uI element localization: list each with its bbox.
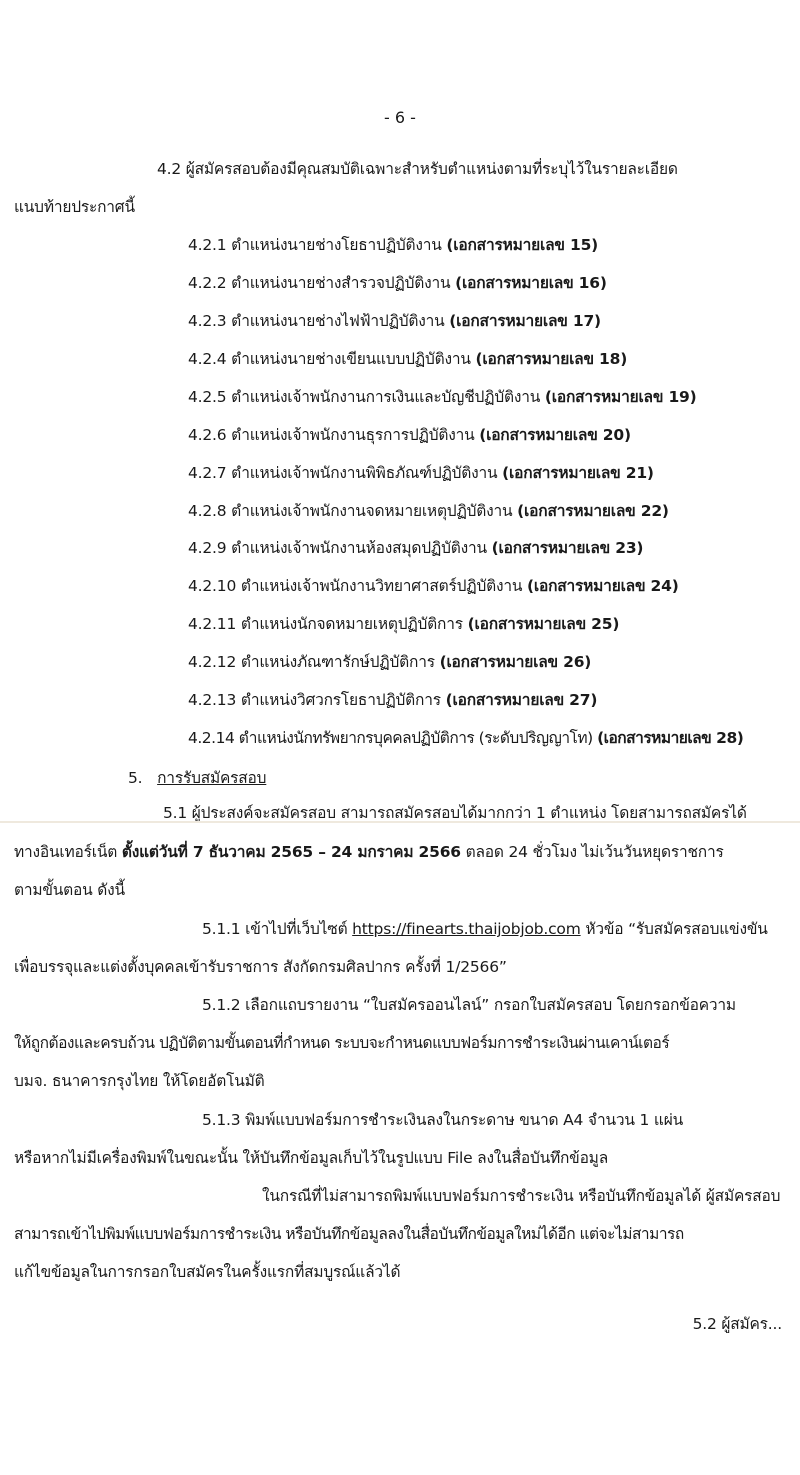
document-page: - 6 - 4.2 ผู้สมัครสอบต้องมีคุณสมบัติเฉพา… bbox=[0, 0, 800, 1475]
list-item: 4.2.7 ตำแหน่งเจ้าพนักงานพิพิธภัณฑ์ปฏิบัต… bbox=[188, 462, 654, 484]
list-item: 4.2.10 ตำแหน่งเจ้าพนักงานวิทยาศาสตร์ปฏิบ… bbox=[188, 575, 679, 597]
document-reference: (เอกสารหมายเลข 20) bbox=[479, 426, 631, 444]
document-reference: (เอกสารหมายเลข 16) bbox=[455, 274, 607, 292]
paragraph-5-1-3-line4: สามารถเข้าไปพิมพ์แบบฟอร์มการชำระเงิน หรื… bbox=[14, 1223, 684, 1245]
document-reference: (เอกสารหมายเลข 22) bbox=[517, 502, 669, 520]
section-number: 5. bbox=[128, 769, 142, 787]
text-segment: หัวข้อ “รับสมัครสอบแข่งขัน bbox=[581, 920, 768, 938]
paragraph-5-1-2-line3: บมจ. ธนาคารกรุงไทย ให้โดยอัตโนมัติ bbox=[14, 1070, 265, 1092]
document-reference: (เอกสารหมายเลข 28) bbox=[597, 729, 743, 747]
document-reference: (เอกสารหมายเลข 21) bbox=[502, 464, 654, 482]
section-4-2-intro-line1: 4.2 ผู้สมัครสอบต้องมีคุณสมบัติเฉพาะสำหรั… bbox=[157, 158, 678, 180]
position-name: 4.2.8 ตำแหน่งเจ้าพนักงานจดหมายเหตุปฏิบัต… bbox=[188, 502, 512, 520]
document-reference: (เอกสารหมายเลข 24) bbox=[527, 577, 679, 595]
list-item: 4.2.11 ตำแหน่งนักจดหมายเหตุปฏิบัติการ (เ… bbox=[188, 613, 619, 635]
document-reference: (เอกสารหมายเลข 27) bbox=[446, 691, 598, 709]
continuation-marker: 5.2 ผู้สมัคร... bbox=[693, 1313, 782, 1335]
paragraph-5-1-2-line2: ให้ถูกต้องและครบถ้วน ปฏิบัติตามขั้นตอนที… bbox=[14, 1032, 669, 1054]
position-name: 4.2.14 ตำแหน่งนักทรัพยากรบุคคลปฏิบัติการ… bbox=[188, 729, 593, 747]
position-name: 4.2.5 ตำแหน่งเจ้าพนักงานการเงินและบัญชีป… bbox=[188, 388, 540, 406]
position-name: 4.2.7 ตำแหน่งเจ้าพนักงานพิพิธภัณฑ์ปฏิบัต… bbox=[188, 464, 497, 482]
position-name: 4.2.12 ตำแหน่งภัณฑารักษ์ปฏิบัติการ bbox=[188, 653, 435, 671]
paragraph-5-1-1-line1: 5.1.1 เข้าไปที่เว็บไซต์ https://finearts… bbox=[202, 918, 768, 940]
text-segment: ตลอด 24 ชั่วโมง ไม่เว้นวันหยุดราชการ bbox=[461, 843, 724, 861]
position-name: 4.2.9 ตำแหน่งเจ้าพนักงานห้องสมุดปฏิบัติง… bbox=[188, 539, 487, 557]
position-name: 4.2.2 ตำแหน่งนายช่างสำรวจปฏิบัติงาน bbox=[188, 274, 450, 292]
position-name: 4.2.6 ตำแหน่งเจ้าพนักงานธุรการปฏิบัติงาน bbox=[188, 426, 474, 444]
list-item: 4.2.8 ตำแหน่งเจ้าพนักงานจดหมายเหตุปฏิบัต… bbox=[188, 500, 669, 522]
section-5-heading: 5. การรับสมัครสอบ bbox=[128, 767, 266, 789]
paragraph-5-1-1-line2: เพื่อบรรจุและแต่งตั้งบุคคลเข้ารับราชการ … bbox=[14, 956, 507, 978]
paragraph-5-1-3-line5: แก้ไขข้อมูลในการกรอกใบสมัครในครั้งแรกที่… bbox=[14, 1261, 400, 1283]
position-name: 4.2.10 ตำแหน่งเจ้าพนักงานวิทยาศาสตร์ปฏิบ… bbox=[188, 577, 522, 595]
section-4-2-intro-line2: แนบท้ายประกาศนี้ bbox=[14, 196, 135, 218]
list-item: 4.2.12 ตำแหน่งภัณฑารักษ์ปฏิบัติการ (เอกส… bbox=[188, 651, 591, 673]
document-reference: (เอกสารหมายเลข 15) bbox=[446, 236, 598, 254]
list-item: 4.2.4 ตำแหน่งนายช่างเขียนแบบปฏิบัติงาน (… bbox=[188, 348, 627, 370]
list-item: 4.2.14 ตำแหน่งนักทรัพยากรบุคคลปฏิบัติการ… bbox=[188, 727, 743, 749]
website-link[interactable]: https://finearts.thaijobjob.com bbox=[352, 920, 580, 938]
registration-period: ตั้งแต่วันที่ 7 ธันวาคม 2565 – 24 มกราคม… bbox=[122, 843, 461, 861]
document-reference: (เอกสารหมายเลข 25) bbox=[468, 615, 620, 633]
document-reference: (เอกสารหมายเลข 19) bbox=[545, 388, 697, 406]
position-name: 4.2.4 ตำแหน่งนายช่างเขียนแบบปฏิบัติงาน bbox=[188, 350, 471, 368]
paragraph-5-1-3-line1: 5.1.3 พิมพ์แบบฟอร์มการชำระเงินลงในกระดาษ… bbox=[202, 1109, 683, 1131]
list-item: 4.2.5 ตำแหน่งเจ้าพนักงานการเงินและบัญชีป… bbox=[188, 386, 697, 408]
scan-seam-divider bbox=[0, 821, 800, 823]
text-segment: ทางอินเทอร์เน็ต bbox=[14, 843, 122, 861]
paragraph-5-1-2-line1: 5.1.2 เลือกแถบรายงาน “ใบสมัครออนไลน์” กร… bbox=[202, 994, 736, 1016]
paragraph-5-1-3-line2: หรือหากไม่มีเครื่องพิมพ์ในขณะนั้น ให้บัน… bbox=[14, 1147, 608, 1169]
position-name: 4.2.13 ตำแหน่งวิศวกรโยธาปฏิบัติการ bbox=[188, 691, 441, 709]
section-title: การรับสมัครสอบ bbox=[157, 769, 266, 787]
position-name: 4.2.11 ตำแหน่งนักจดหมายเหตุปฏิบัติการ bbox=[188, 615, 463, 633]
document-reference: (เอกสารหมายเลข 18) bbox=[475, 350, 627, 368]
paragraph-5-1-line3: ตามขั้นตอน ดังนี้ bbox=[14, 879, 125, 901]
position-name: 4.2.1 ตำแหน่งนายช่างโยธาปฏิบัติงาน bbox=[188, 236, 442, 254]
list-item: 4.2.6 ตำแหน่งเจ้าพนักงานธุรการปฏิบัติงาน… bbox=[188, 424, 631, 446]
text-segment: 5.1.1 เข้าไปที่เว็บไซต์ bbox=[202, 920, 352, 938]
position-name: 4.2.3 ตำแหน่งนายช่างไฟฟ้าปฏิบัติงาน bbox=[188, 312, 445, 330]
document-reference: (เอกสารหมายเลข 17) bbox=[449, 312, 601, 330]
list-item: 4.2.13 ตำแหน่งวิศวกรโยธาปฏิบัติการ (เอกส… bbox=[188, 689, 597, 711]
document-reference: (เอกสารหมายเลข 23) bbox=[492, 539, 644, 557]
list-item: 4.2.1 ตำแหน่งนายช่างโยธาปฏิบัติงาน (เอกส… bbox=[188, 234, 598, 256]
page-number: - 6 - bbox=[0, 108, 800, 127]
list-item: 4.2.9 ตำแหน่งเจ้าพนักงานห้องสมุดปฏิบัติง… bbox=[188, 537, 643, 559]
paragraph-5-1-3-line3: ในกรณีที่ไม่สามารถพิมพ์แบบฟอร์มการชำระเง… bbox=[262, 1185, 780, 1207]
list-item: 4.2.3 ตำแหน่งนายช่างไฟฟ้าปฏิบัติงาน (เอก… bbox=[188, 310, 601, 332]
paragraph-5-1-line2: ทางอินเทอร์เน็ต ตั้งแต่วันที่ 7 ธันวาคม … bbox=[14, 841, 724, 863]
document-reference: (เอกสารหมายเลข 26) bbox=[440, 653, 592, 671]
list-item: 4.2.2 ตำแหน่งนายช่างสำรวจปฏิบัติงาน (เอก… bbox=[188, 272, 607, 294]
